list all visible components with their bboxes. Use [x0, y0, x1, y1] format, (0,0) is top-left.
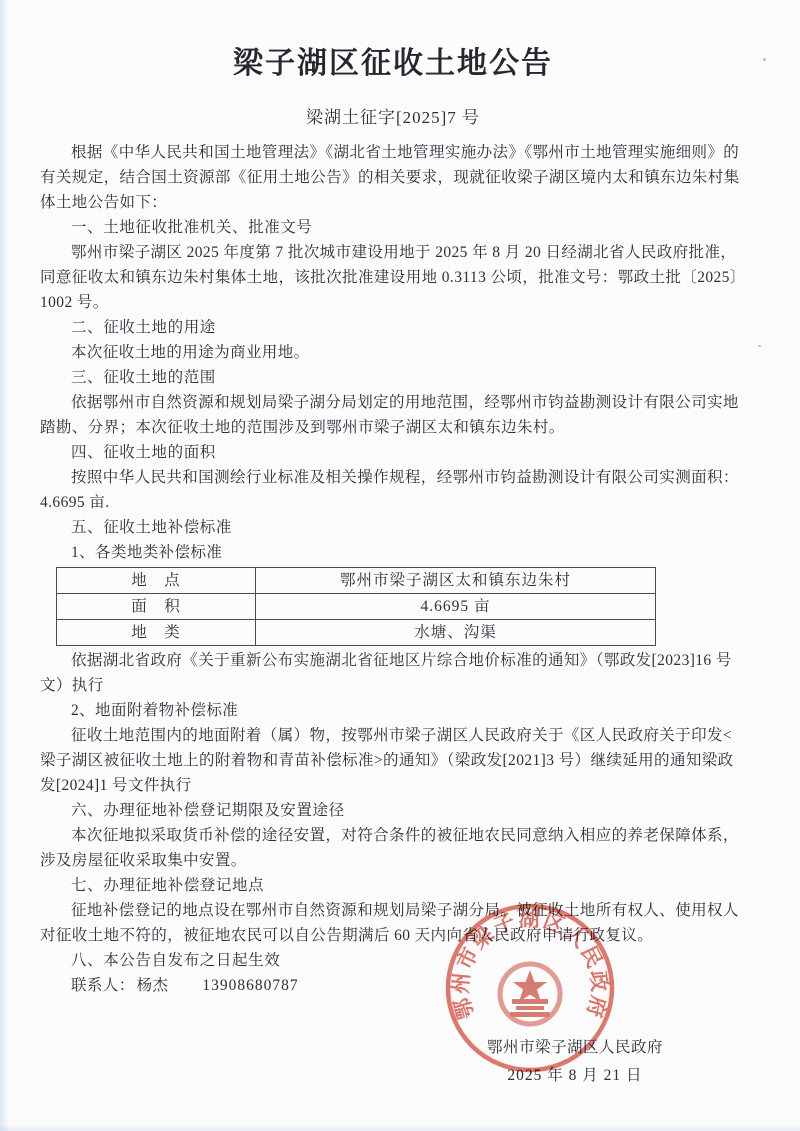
section-3-body: 依据鄂州市自然资源和规划局梁子湖分局划定的用地范围，经鄂州市钧益勘测设计有限公司… [40, 390, 746, 440]
section-4-body: 按照中华人民共和国测绘行业标准及相关操作规程，经鄂州市钧益勘测设计有限公司实测面… [40, 465, 746, 515]
table-row-label: 地 点 [57, 568, 256, 594]
section-5-sub1-heading: 1、各类地类补偿标准 [40, 540, 746, 565]
section-3-heading: 三、征收土地的范围 [40, 365, 746, 390]
signature-block: 鄂州市梁子湖区人民政府 2025 年 8 月 21 日 [460, 1034, 690, 1090]
contact-line: 联系人：杨杰13908680787 [40, 973, 746, 998]
section-6-heading: 六、办理征地补偿登记期限及安置途径 [40, 798, 746, 823]
scan-edge-tint-bottom [0, 1124, 800, 1131]
signature-issuer: 鄂州市梁子湖区人民政府 [460, 1034, 690, 1062]
section-6-body: 本次征地拟采取货币补偿的途径安置，对符合条件的被征地农民同意纳入相应的养老保障体… [40, 823, 746, 873]
intro-paragraph: 根据《中华人民共和国土地管理法》《湖北省土地管理实施办法》《鄂州市土地管理实施细… [40, 140, 746, 215]
contact-phone: 13908680787 [202, 977, 298, 994]
signature-date: 2025 年 8 月 21 日 [460, 1062, 690, 1090]
table-row-label: 面 积 [57, 594, 256, 620]
section-2-body: 本次征收土地的用途为商业用地。 [40, 340, 746, 365]
table-row-value: 鄂州市梁子湖区太和镇东边朱村 [256, 568, 656, 594]
section-5-sub2-heading: 2、地面附着物补偿标准 [40, 698, 746, 723]
scanned-announcement-page: { "colors": { "paper": "#fcfcfd", "ink":… [0, 0, 800, 1131]
document-body: 根据《中华人民共和国土地管理法》《湖北省土地管理实施办法》《鄂州市土地管理实施细… [40, 140, 746, 1090]
section-5-heading: 五、征收土地补偿标准 [40, 515, 746, 540]
section-7-body: 征地补偿登记的地点设在鄂州市自然资源和规划局梁子湖分局。被征收土地所有权人、使用… [40, 898, 746, 948]
section-1-heading: 一、土地征收批准机关、批准文号 [40, 215, 746, 240]
section-7-heading: 七、办理征地补偿登记地点 [40, 873, 746, 898]
table-row-value: 水塘、沟渠 [256, 620, 656, 646]
contact-name: 杨杰 [137, 977, 169, 994]
table-row-value: 4.6695 亩 [256, 594, 656, 620]
section-4-heading: 四、征收土地的面积 [40, 440, 746, 465]
compensation-table: 地 点 鄂州市梁子湖区太和镇东边朱村 面 积 4.6695 亩 地 类 水塘、沟… [56, 567, 656, 646]
table-row: 地 点 鄂州市梁子湖区太和镇东边朱村 [57, 568, 656, 594]
table-row-label: 地 类 [57, 620, 256, 646]
section-5-sub2-body: 征收土地范围内的地面附着（属）物，按鄂州市梁子湖区人民政府关于《区人民政府关于印… [40, 723, 746, 798]
section-5-note: 依据湖北省政府《关于重新公布实施湖北省征地区片综合地价标准的通知》（鄂政发[20… [40, 648, 746, 698]
section-8-heading: 八、本公告自发布之日起生效 [40, 948, 746, 973]
table-row: 面 积 4.6695 亩 [57, 594, 656, 620]
section-1-body: 鄂州市梁子湖区 2025 年度第 7 批次城市建设用地于 2025 年 8 月 … [40, 240, 746, 315]
document-number: 梁湖土征字[2025]7 号 [40, 106, 746, 130]
page-title: 梁子湖区征收土地公告 [40, 44, 746, 84]
contact-label: 联系人： [71, 977, 135, 994]
table-row: 地 类 水塘、沟渠 [57, 620, 656, 646]
announcement-document: 梁子湖区征收土地公告 梁湖土征字[2025]7 号 根据《中华人民共和国土地管理… [0, 0, 800, 1090]
section-2-heading: 二、征收土地的用途 [40, 315, 746, 340]
